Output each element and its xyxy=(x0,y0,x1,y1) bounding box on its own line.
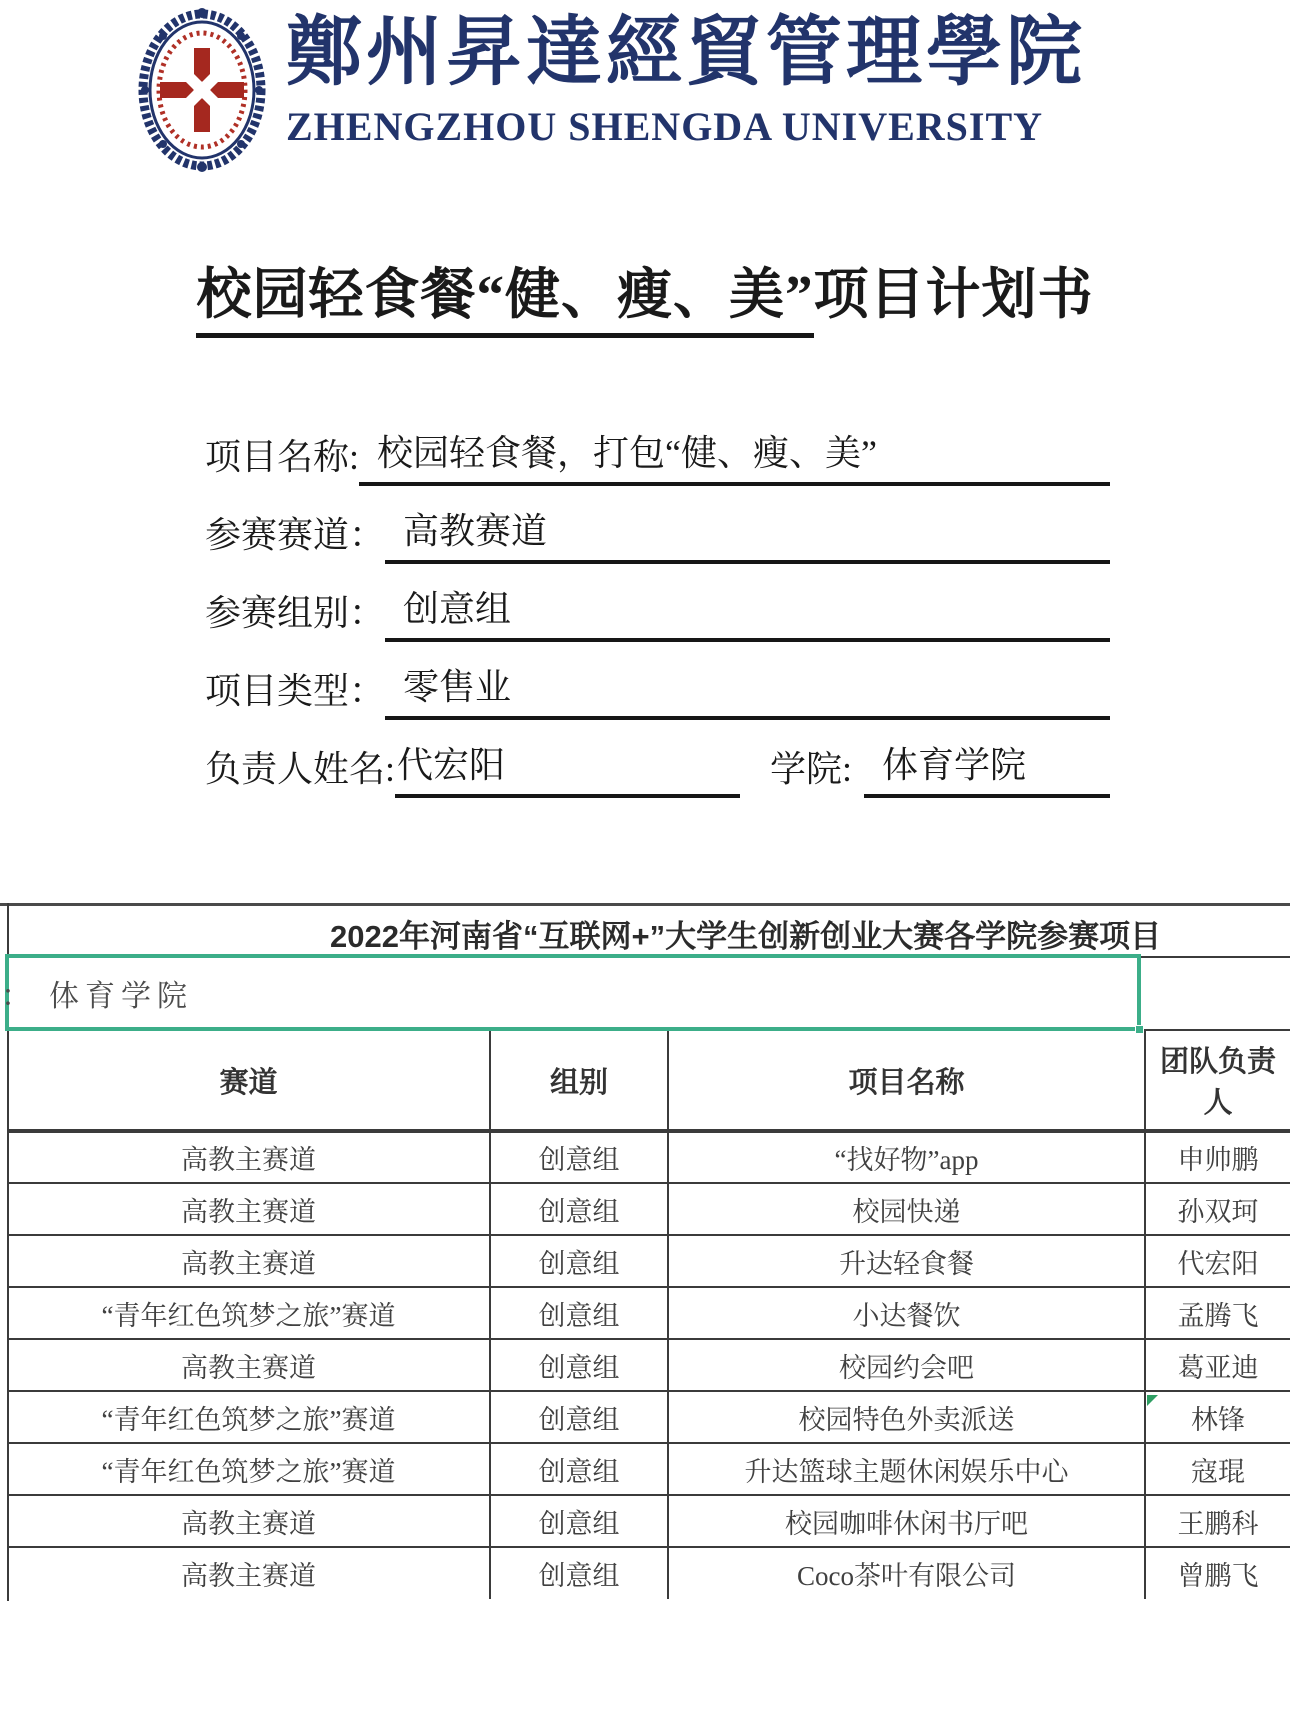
cell-track[interactable]: 高教主赛道 xyxy=(8,1131,490,1183)
cell-group[interactable]: 创意组 xyxy=(490,1131,668,1183)
cover-form: 项目名称: 校园轻食餐，打包“健、瘦、美” 参赛赛道： 高教赛道 参赛组别： 创… xyxy=(205,408,1110,798)
cell-leader[interactable]: 王鹏科 xyxy=(1145,1495,1290,1547)
cell-track[interactable]: “青年红色筑梦之旅”赛道 xyxy=(8,1443,490,1495)
field-value: 高教赛道 xyxy=(403,511,547,551)
cell-group[interactable]: 创意组 xyxy=(490,1235,668,1287)
field-value: 校园轻食餐，打包“健、瘦、美” xyxy=(377,433,877,473)
table-row[interactable]: 高教主赛道 创意组 校园快递 孙双珂 xyxy=(8,1183,1290,1235)
cell-project[interactable]: Coco茶叶有限公司 xyxy=(668,1547,1145,1599)
cell-leader[interactable]: 林锋 xyxy=(1145,1391,1290,1443)
table-row[interactable]: 高教主赛道 创意组 “找好物”app 申帅鹏 xyxy=(8,1131,1290,1183)
field-value-line: 校园轻食餐，打包“健、瘦、美” xyxy=(359,425,1110,486)
field-label: 项目类型： xyxy=(205,663,385,720)
field-value: 零售业 xyxy=(403,667,511,707)
field-track: 参赛赛道： 高教赛道 xyxy=(205,486,1110,564)
field-project-name: 项目名称: 校园轻食餐，打包“健、瘦、美” xyxy=(205,408,1110,486)
page-title-rest: 项目计划书 xyxy=(814,264,1094,325)
field-label: 参赛组别： xyxy=(205,585,385,642)
table-row[interactable]: “青年红色筑梦之旅”赛道 创意组 小达餐饮 孟腾飞 xyxy=(8,1287,1290,1339)
cell-track[interactable]: 高教主赛道 xyxy=(8,1547,490,1599)
university-name-en: ZHENGZHOU SHENGDA UNIVERSITY xyxy=(286,103,1126,150)
field-label: 参赛赛道： xyxy=(205,507,385,564)
field-value-line: 零售业 xyxy=(385,659,1110,720)
field-label: 项目名称: xyxy=(205,429,359,486)
cell-leader[interactable]: 代宏阳 xyxy=(1145,1235,1290,1287)
table-row[interactable]: 高教主赛道 创意组 校园约会吧 葛亚迪 xyxy=(8,1339,1290,1391)
cell-project[interactable]: 校园快递 xyxy=(668,1183,1145,1235)
field-label: 学院: xyxy=(762,741,864,798)
cell-track[interactable]: “青年红色筑梦之旅”赛道 xyxy=(8,1287,490,1339)
cell-track[interactable]: 高教主赛道 xyxy=(8,1495,490,1547)
page-title-underlined: 校园轻食餐“健、瘦、美” xyxy=(196,264,813,338)
cell-track[interactable]: “青年红色筑梦之旅”赛道 xyxy=(8,1391,490,1443)
cell-group[interactable]: 创意组 xyxy=(490,1183,668,1235)
field-value: 体育学院 xyxy=(882,745,1026,785)
cell-group[interactable]: 创意组 xyxy=(490,1391,668,1443)
cell-project[interactable]: 升达轻食餐 xyxy=(668,1235,1145,1287)
table-header-row: 赛道 组别 项目名称 团队负责人 xyxy=(8,1031,1290,1131)
cell-leader[interactable]: 申帅鹏 xyxy=(1145,1131,1290,1183)
cell-track[interactable]: 高教主赛道 xyxy=(8,1235,490,1287)
field-value: 创意组 xyxy=(403,589,511,629)
college-cell-prefix: ： xyxy=(1,971,31,1015)
field-value-line: 创意组 xyxy=(385,581,1110,642)
field-value-line: 体育学院 xyxy=(864,737,1110,798)
field-project-type: 项目类型： 零售业 xyxy=(205,642,1110,720)
table-row[interactable]: 高教主赛道 创意组 Coco茶叶有限公司 曾鹏飞 xyxy=(8,1547,1290,1599)
sheet-top-border xyxy=(0,903,1290,906)
cell-project[interactable]: 校园咖啡休闲书厅吧 xyxy=(668,1495,1145,1547)
cell-leader[interactable]: 孙双珂 xyxy=(1145,1183,1290,1235)
cell-project[interactable]: “找好物”app xyxy=(668,1131,1145,1183)
cell-project[interactable]: 校园约会吧 xyxy=(668,1339,1145,1391)
selected-college-cell[interactable]: ： 体育学院 xyxy=(5,954,1141,1031)
table-row[interactable]: “青年红色筑梦之旅”赛道 创意组 升达篮球主题休闲娱乐中心 寇琨 xyxy=(8,1443,1290,1495)
cell-track[interactable]: 高教主赛道 xyxy=(8,1339,490,1391)
field-group: 参赛组别： 创意组 xyxy=(205,564,1110,642)
table-row[interactable]: “青年红色筑梦之旅”赛道 创意组 校园特色外卖派送 林锋 xyxy=(8,1391,1290,1443)
university-crest-logo xyxy=(136,6,268,174)
cell-leader[interactable]: 曾鹏飞 xyxy=(1145,1547,1290,1599)
field-label: 负责人姓名: xyxy=(205,741,395,798)
page-title: 校园轻食餐“健、瘦、美”项目计划书 xyxy=(0,250,1290,329)
cell-group[interactable]: 创意组 xyxy=(490,1495,668,1547)
cell-error-indicator-icon xyxy=(1147,1395,1158,1406)
entries-table: 赛道 组别 项目名称 团队负责人 高教主赛道 创意组 “找好物”app 申帅鹏 … xyxy=(8,1031,1290,1599)
cell-track[interactable]: 高教主赛道 xyxy=(8,1183,490,1235)
field-value-line: 代宏阳 xyxy=(395,737,740,798)
cell-group[interactable]: 创意组 xyxy=(490,1339,668,1391)
college-cell-value: 体育学院 xyxy=(49,971,193,1015)
cell-project[interactable]: 升达篮球主题休闲娱乐中心 xyxy=(668,1443,1145,1495)
cell-group[interactable]: 创意组 xyxy=(490,1547,668,1599)
university-name-zh: 鄭州昇達經貿管理學院 xyxy=(286,6,1126,101)
column-header-leader[interactable]: 团队负责人 xyxy=(1145,1031,1290,1131)
cell-group[interactable]: 创意组 xyxy=(490,1443,668,1495)
cell-group[interactable]: 创意组 xyxy=(490,1287,668,1339)
cell-leader[interactable]: 寇琨 xyxy=(1145,1443,1290,1495)
cell-project[interactable]: 小达餐饮 xyxy=(668,1287,1145,1339)
field-value-line: 高教赛道 xyxy=(385,503,1110,564)
table-row[interactable]: 高教主赛道 创意组 校园咖啡休闲书厅吧 王鹏科 xyxy=(8,1495,1290,1547)
document-page: 鄭州昇達經貿管理學院 ZHENGZHOU SHENGDA UNIVERSITY … xyxy=(0,0,1290,1720)
cell-leader[interactable]: 孟腾飞 xyxy=(1145,1287,1290,1339)
column-header-track[interactable]: 赛道 xyxy=(8,1031,490,1131)
field-leader-and-college: 负责人姓名: 代宏阳 学院: 体育学院 xyxy=(205,720,1110,798)
column-header-group[interactable]: 组别 xyxy=(490,1031,668,1131)
cell-leader[interactable]: 葛亚迪 xyxy=(1145,1339,1290,1391)
table-row[interactable]: 高教主赛道 创意组 升达轻食餐 代宏阳 xyxy=(8,1235,1290,1287)
field-value: 代宏阳 xyxy=(397,745,505,785)
column-header-project[interactable]: 项目名称 xyxy=(668,1031,1145,1131)
cell-project[interactable]: 校园特色外卖派送 xyxy=(668,1391,1145,1443)
sheet-title: 2022年河南省“互联网+”大学生创新创业大赛各学院参赛项目 xyxy=(330,911,1290,956)
